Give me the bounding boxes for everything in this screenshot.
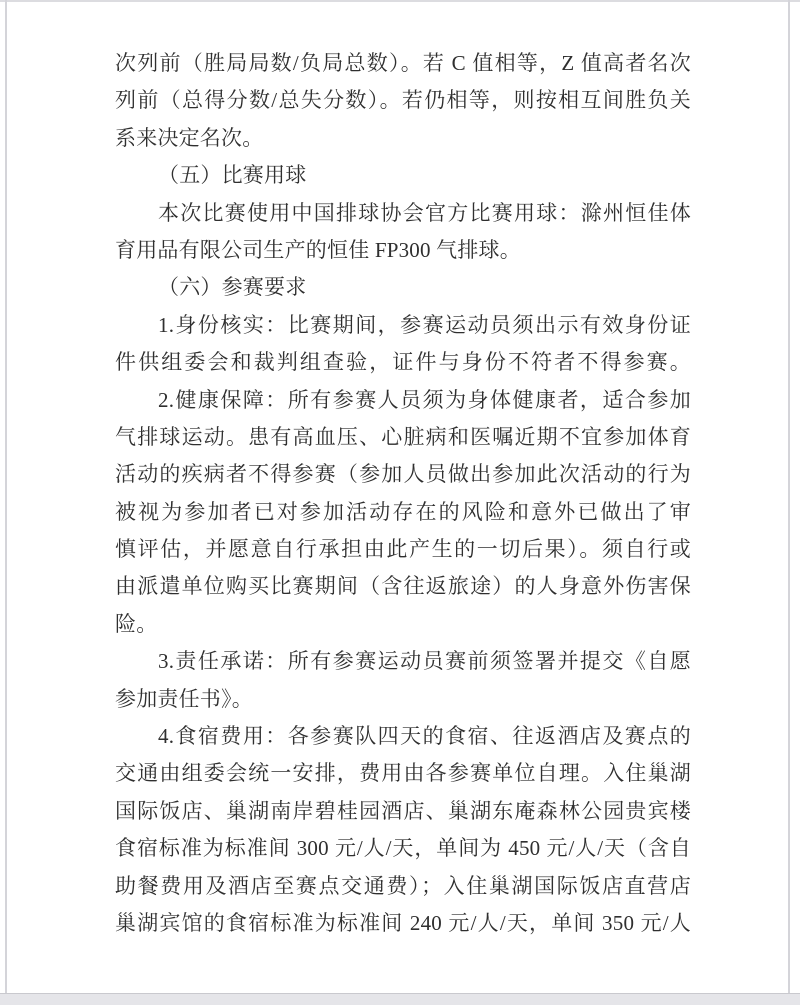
document-text-line: 育用品有限公司生产的恒佳 FP300 气排球。 xyxy=(115,232,691,269)
page-right-edge xyxy=(788,0,790,993)
document-page: 次列前（胜局局数/负局总数）。若 C 值相等，Z 值高者名次列前（总得分数/总失… xyxy=(0,0,800,993)
document-text-line: 本次比赛使用中国排球协会官方比赛用球：滁州恒佳体 xyxy=(115,195,691,232)
document-text-line: 2.健康保障：所有参赛人员须为身体健康者，适合参加 xyxy=(115,382,691,419)
document-text-line: 交通由组委会统一安排，费用由各参赛单位自理。入住巢湖 xyxy=(115,755,691,792)
document-text-line: 4.食宿费用：各参赛队四天的食宿、往返酒店及赛点的 xyxy=(115,718,691,755)
document-text-line: 助餐费用及酒店至赛点交通费）；入住巢湖国际饭店直营店 xyxy=(115,868,691,905)
document-text-line: 列前（总得分数/总失分数）。若仍相等，则按相互间胜负关 xyxy=(115,82,691,119)
document-text-line: 系来决定名次。 xyxy=(115,120,691,157)
document-text-line: 1.身份核实：比赛期间，参赛运动员须出示有效身份证 xyxy=(115,307,691,344)
document-viewer: 次列前（胜局局数/负局总数）。若 C 值相等，Z 值高者名次列前（总得分数/总失… xyxy=(0,0,800,1005)
document-text-line: 次列前（胜局局数/负局总数）。若 C 值相等，Z 值高者名次 xyxy=(115,45,691,82)
page-left-edge xyxy=(5,0,7,993)
document-text-line: 件供组委会和裁判组查验，证件与身份不符者不得参赛。 xyxy=(115,344,691,381)
document-text-line: 活动的疾病者不得参赛（参加人员做出参加此次活动的行为 xyxy=(115,456,691,493)
document-text-line: 气排球运动。患有高血压、心脏病和医嘱近期不宜参加体育 xyxy=(115,419,691,456)
document-text-block: 次列前（胜局局数/负局总数）。若 C 值相等，Z 值高者名次列前（总得分数/总失… xyxy=(115,45,691,942)
page-gap xyxy=(0,993,800,1005)
document-text-line: 险。 xyxy=(115,606,691,643)
document-text-line: 被视为参加者已对参加活动存在的风险和意外已做出了审 xyxy=(115,494,691,531)
document-text-line: 国际饭店、巢湖南岸碧桂园酒店、巢湖东庵森林公园贵宾楼 xyxy=(115,793,691,830)
document-text-line: 食宿标准为标准间 300 元/人/天，单间为 450 元/人/天（含自 xyxy=(115,830,691,867)
page-top-edge xyxy=(0,0,800,2)
document-text-line: （六）参赛要求 xyxy=(115,269,691,306)
document-text-line: 3.责任承诺：所有参赛运动员赛前须签署并提交《自愿 xyxy=(115,643,691,680)
document-text-line: （五）比赛用球 xyxy=(115,157,691,194)
document-text-line: 慎评估，并愿意自行承担由此产生的一切后果）。须自行或 xyxy=(115,531,691,568)
document-text-line: 由派遣单位购买比赛期间（含往返旅途）的人身意外伤害保 xyxy=(115,568,691,605)
document-text-line: 参加责任书》。 xyxy=(115,681,691,718)
document-text-line: 巢湖宾馆的食宿标准为标准间 240 元/人/天，单间 350 元/人 xyxy=(115,905,691,942)
